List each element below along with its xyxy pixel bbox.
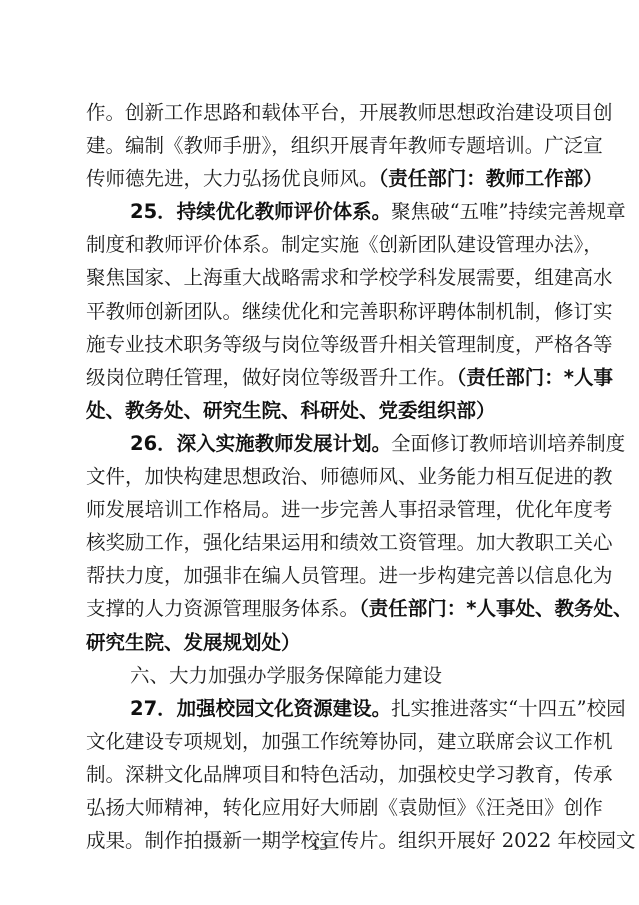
text-line: 建。编制《教师手册》，组织开展青年教师专题培训。广泛宣: [86, 129, 554, 162]
text-line: 制度和教师评价体系。制定实施《创新团队建设管理办法》，: [86, 228, 554, 261]
text-line: 核奖励工作，强化结果运用和绩效工资管理。加大教职工关心: [86, 526, 554, 559]
text-line: 六、大力加强办学服务保障能力建设: [86, 659, 554, 692]
text-line: 师发展培训工作格局。进一步完善人事招录管理，优化年度考: [86, 493, 554, 526]
text-line: 制。深耕文化品牌项目和特色活动，加强校史学习教育，传承: [86, 758, 554, 791]
bold-text-segment: 研究生院、发展规划处）: [86, 631, 301, 654]
page-number: 13: [0, 835, 639, 855]
text-line: 支撑的人力资源管理服务体系。（责任部门：*人事处、教务处、: [86, 592, 554, 625]
text-line: 弘扬大师精神，转化应用好大师剧《袁勋恒》《汪尧田》创作: [86, 791, 554, 824]
section-heading: 六、大力加强办学服务保障能力建设: [130, 664, 442, 687]
text-segment: 聚焦破“五唯”持续完善规章: [391, 200, 625, 223]
text-line: 平教师创新团队。继续优化和完善职称评聘体制机制，修订实: [86, 295, 554, 328]
text-segment: 平教师创新团队。继续优化和完善职称评聘体制机制，修订实: [86, 300, 613, 323]
text-segment: 聚焦国家、上海重大战略需求和学校学科发展需要，组建高水: [86, 266, 613, 289]
text-line: 级岗位聘任管理，做好岗位等级晋升工作。（责任部门：*人事: [86, 361, 554, 394]
text-line: 文件，加快构建思想政治、师德师风、业务能力相互促进的教: [86, 460, 554, 493]
text-line: 研究生院、发展规划处）: [86, 626, 554, 659]
text-segment: 支撑的人力资源管理服务体系。: [86, 597, 359, 620]
bold-text-segment: 处、教务处、研究生院、科研处、党委组织部）: [86, 399, 496, 422]
text-segment: 师发展培训工作格局。进一步完善人事招录管理，优化年度考: [86, 498, 613, 521]
bold-text-segment: 27．加强校园文化资源建设。: [130, 697, 391, 720]
text-segment: 施专业技术职务等级与岗位等级晋升相关管理制度，严格各等: [86, 333, 613, 356]
bold-text-segment: （责任部门：*人事: [457, 366, 613, 389]
text-line: 27．加强校园文化资源建设。扎实推进落实“十四五”校园: [86, 692, 554, 725]
text-segment: 核奖励工作，强化结果运用和绩效工资管理。加大教职工关心: [86, 531, 613, 554]
text-segment: 文件，加快构建思想政治、师德师风、业务能力相互促进的教: [86, 465, 613, 488]
text-segment: 传师德先进，大力弘扬优良师风。: [86, 167, 379, 190]
text-segment: 文化建设专项规划，加强工作统筹协同，建立联席会议工作机: [86, 730, 613, 753]
text-segment: 级岗位聘任管理，做好岗位等级晋升工作。: [86, 366, 457, 389]
text-segment: 建。编制《教师手册》，组织开展青年教师专题培训。广泛宣: [86, 134, 603, 157]
text-line: 聚焦国家、上海重大战略需求和学校学科发展需要，组建高水: [86, 261, 554, 294]
text-segment: 全面修订教师培训培养制度: [391, 432, 625, 455]
text-line: 施专业技术职务等级与岗位等级晋升相关管理制度，严格各等: [86, 328, 554, 361]
text-segment: 扎实推进落实“十四五”校园: [391, 697, 625, 720]
bold-text-segment: （责任部门：*人事处、教务处、: [359, 597, 632, 620]
bold-text-segment: 25．持续优化教师评价体系。: [130, 200, 391, 223]
text-line: 26．深入实施教师发展计划。全面修订教师培训培养制度: [86, 427, 554, 460]
document-body: 作。创新工作思路和载体平台，开展教师思想政治建设项目创建。编制《教师手册》，组织…: [86, 96, 554, 857]
text-line: 作。创新工作思路和载体平台，开展教师思想政治建设项目创: [86, 96, 554, 129]
text-segment: 制度和教师评价体系。制定实施《创新团队建设管理办法》，: [86, 233, 603, 256]
text-line: 传师德先进，大力弘扬优良师风。（责任部门：教师工作部）: [86, 162, 554, 195]
text-segment: 弘扬大师精神，转化应用好大师剧《袁勋恒》《汪尧田》创作: [86, 796, 603, 819]
document-page: 作。创新工作思路和载体平台，开展教师思想政治建设项目创建。编制《教师手册》，组织…: [0, 0, 639, 905]
text-segment: 帮扶力度，加强非在编人员管理。进一步构建完善以信息化为: [86, 564, 613, 587]
text-line: 25．持续优化教师评价体系。聚焦破“五唯”持续完善规章: [86, 195, 554, 228]
text-segment: 制。深耕文化品牌项目和特色活动，加强校史学习教育，传承: [86, 763, 613, 786]
text-line: 处、教务处、研究生院、科研处、党委组织部）: [86, 394, 554, 427]
text-line: 帮扶力度，加强非在编人员管理。进一步构建完善以信息化为: [86, 559, 554, 592]
text-segment: 作。创新工作思路和载体平台，开展教师思想政治建设项目创: [86, 101, 613, 124]
bold-text-segment: （责任部门：教师工作部）: [379, 167, 603, 190]
bold-text-segment: 26．深入实施教师发展计划。: [130, 432, 391, 455]
text-line: 文化建设专项规划，加强工作统筹协同，建立联席会议工作机: [86, 725, 554, 758]
